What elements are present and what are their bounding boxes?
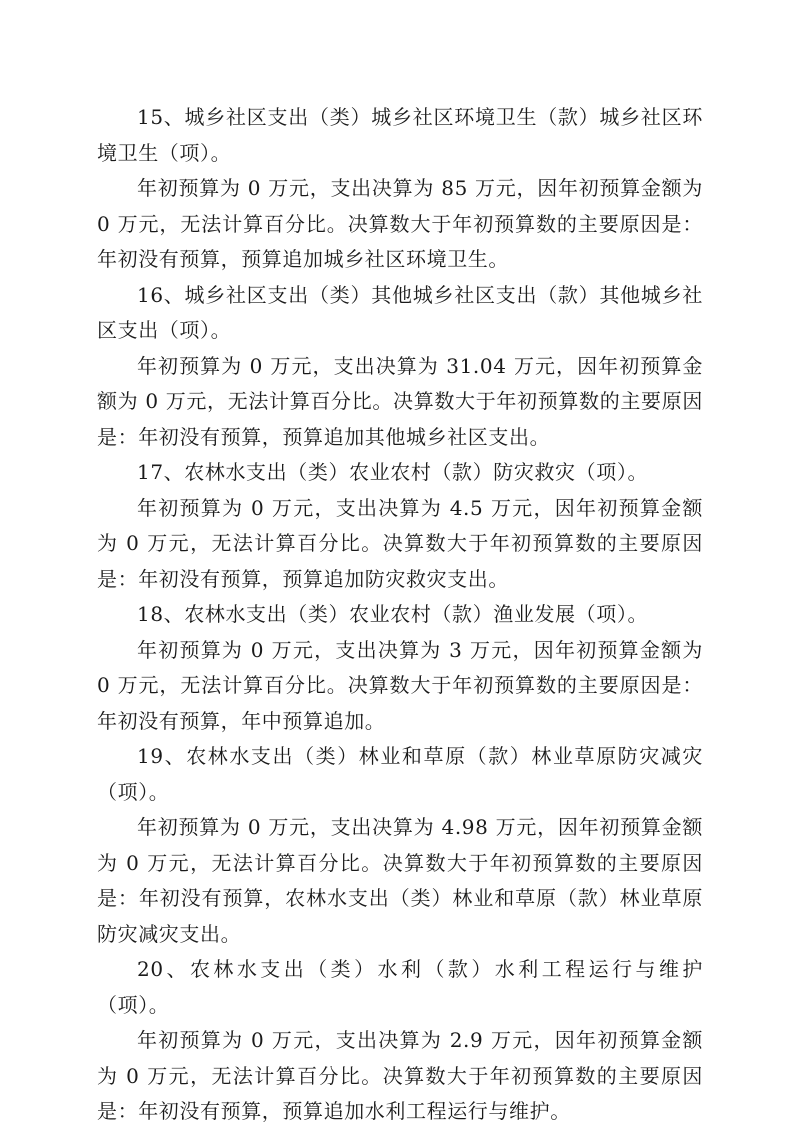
budget-item-16: 16、城乡社区支出（类）其他城乡社区支出（款）其他城乡社区支出（项）。 年初预算… (97, 278, 703, 456)
item-body: 年初预算为 0 万元，支出决算为 31.04 万元，因年初预算金额为 0 万元，… (97, 349, 703, 456)
item-body: 年初预算为 0 万元，支出决算为 85 万元，因年初预算金额为 0 万元，无法计… (97, 171, 703, 278)
item-body: 年初预算为 0 万元，支出决算为 4.5 万元，因年初预算金额为 0 万元，无法… (97, 491, 703, 598)
budget-item-20: 20、农林水支出（类）水利（款）水利工程运行与维护（项）。 年初预算为 0 万元… (97, 952, 703, 1122)
budget-item-19: 19、农林水支出（类）林业和草原（款）林业草原防灾减灾（项）。 年初预算为 0 … (97, 739, 703, 952)
item-heading: 18、农林水支出（类）农业农村（款）渔业发展（项）。 (97, 597, 703, 633)
budget-item-18: 18、农林水支出（类）农业农村（款）渔业发展（项）。 年初预算为 0 万元，支出… (97, 597, 703, 739)
item-heading: 16、城乡社区支出（类）其他城乡社区支出（款）其他城乡社区支出（项）。 (97, 278, 703, 349)
document-page: 15、城乡社区支出（类）城乡社区环境卫生（款）城乡社区环境卫生（项）。 年初预算… (97, 100, 703, 1122)
item-heading: 19、农林水支出（类）林业和草原（款）林业草原防灾减灾（项）。 (97, 739, 703, 810)
item-heading: 15、城乡社区支出（类）城乡社区环境卫生（款）城乡社区环境卫生（项）。 (97, 100, 703, 171)
budget-item-15: 15、城乡社区支出（类）城乡社区环境卫生（款）城乡社区环境卫生（项）。 年初预算… (97, 100, 703, 278)
item-body: 年初预算为 0 万元，支出决算为 2.9 万元，因年初预算金额为 0 万元，无法… (97, 1023, 703, 1122)
item-body: 年初预算为 0 万元，支出决算为 3 万元，因年初预算金额为 0 万元，无法计算… (97, 633, 703, 740)
item-body: 年初预算为 0 万元，支出决算为 4.98 万元，因年初预算金额为 0 万元，无… (97, 810, 703, 952)
budget-item-17: 17、农林水支出（类）农业农村（款）防灾救灾（项）。 年初预算为 0 万元，支出… (97, 455, 703, 597)
item-heading: 17、农林水支出（类）农业农村（款）防灾救灾（项）。 (97, 455, 703, 491)
item-heading: 20、农林水支出（类）水利（款）水利工程运行与维护（项）。 (97, 952, 703, 1023)
